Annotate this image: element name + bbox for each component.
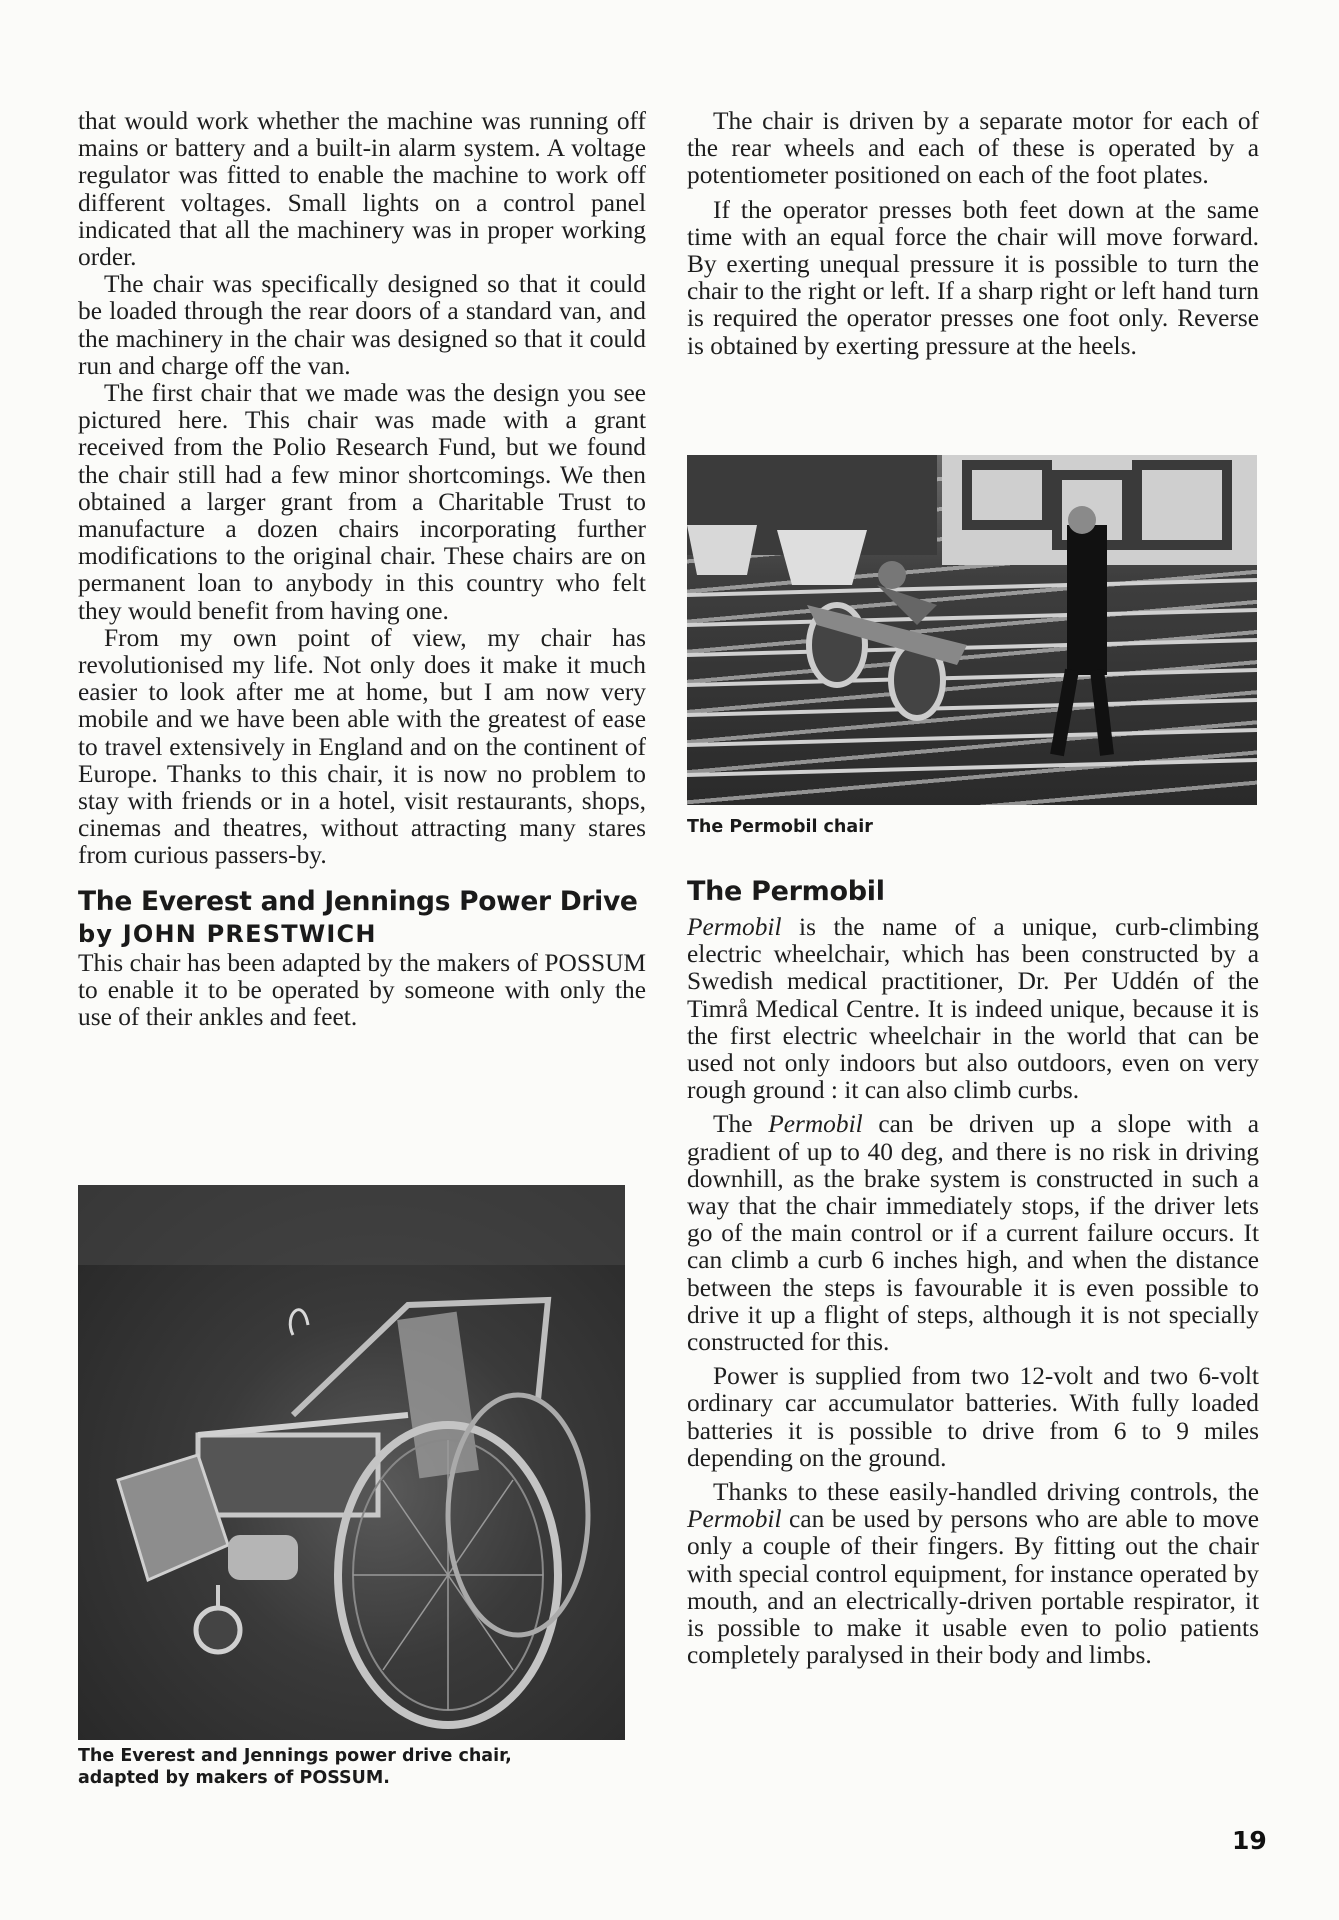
permobil-paragraph-2: The Permobil can be driven up a slope wi… bbox=[687, 1111, 1259, 1356]
left-column: that would work whether the machine was … bbox=[78, 108, 646, 1031]
permobil-paragraph-1: Permobil is the name of a unique, curb-c… bbox=[687, 914, 1259, 1104]
right-column-top: The chair is driven by a separate motor … bbox=[687, 108, 1259, 360]
permobil-p4-pre: Thanks to these easily-handled driving c… bbox=[713, 1478, 1259, 1506]
paragraph-motor-drive: The chair is driven by a separate motor … bbox=[687, 108, 1259, 190]
paragraph-alarm-system: that would work whether the machine was … bbox=[78, 108, 646, 271]
paragraph-personal-view: From my own point of view, my chair has … bbox=[78, 625, 646, 870]
permobil-chair-photo bbox=[687, 455, 1257, 805]
everest-heading: The Everest and Jennings Power Drive bbox=[78, 885, 646, 919]
permobil-p2-text: can be driven up a slope with a gradient… bbox=[687, 1110, 1259, 1356]
everest-caption-line2: adapted by makers of POSSUM. bbox=[78, 1767, 638, 1789]
permobil-name-italic: Permobil bbox=[687, 1505, 782, 1533]
everest-chair-photo bbox=[78, 1185, 625, 1740]
page-number: 19 bbox=[1232, 1826, 1267, 1855]
everest-section: The Everest and Jennings Power Drive by … bbox=[78, 885, 646, 1032]
right-column-bottom: The Permobil chair The Permobil Permobil… bbox=[687, 816, 1259, 1669]
everest-caption-line1: The Everest and Jennings power drive cha… bbox=[78, 1745, 638, 1767]
permobil-paragraph-3: Power is supplied from two 12-volt and t… bbox=[687, 1363, 1259, 1472]
paragraph-first-chair: The first chair that we made was the des… bbox=[78, 380, 646, 625]
permobil-photo-caption: The Permobil chair bbox=[687, 816, 1259, 838]
permobil-name-italic: Permobil bbox=[768, 1110, 863, 1138]
wheelchair-illustration-icon bbox=[78, 1185, 625, 1740]
paragraph-van-design: The chair was specifically designed so t… bbox=[78, 271, 646, 380]
paragraph-operation: If the operator presses both feet down a… bbox=[687, 197, 1259, 360]
permobil-p1-text: is the name of a unique, curb-climbing e… bbox=[687, 913, 1259, 1104]
permobil-heading: The Permobil bbox=[687, 875, 1259, 909]
permobil-name-italic: Permobil bbox=[687, 913, 782, 941]
permobil-p2-pre: The bbox=[713, 1110, 768, 1138]
permobil-paragraph-4: Thanks to these easily-handled driving c… bbox=[687, 1479, 1259, 1669]
stairs-scene-illustration-icon bbox=[687, 455, 1257, 805]
everest-caption: The Everest and Jennings power drive cha… bbox=[78, 1745, 638, 1789]
everest-intro: This chair has been adapted by the maker… bbox=[78, 950, 646, 1032]
author-byline: by JOHN PRESTWICH bbox=[78, 919, 646, 949]
